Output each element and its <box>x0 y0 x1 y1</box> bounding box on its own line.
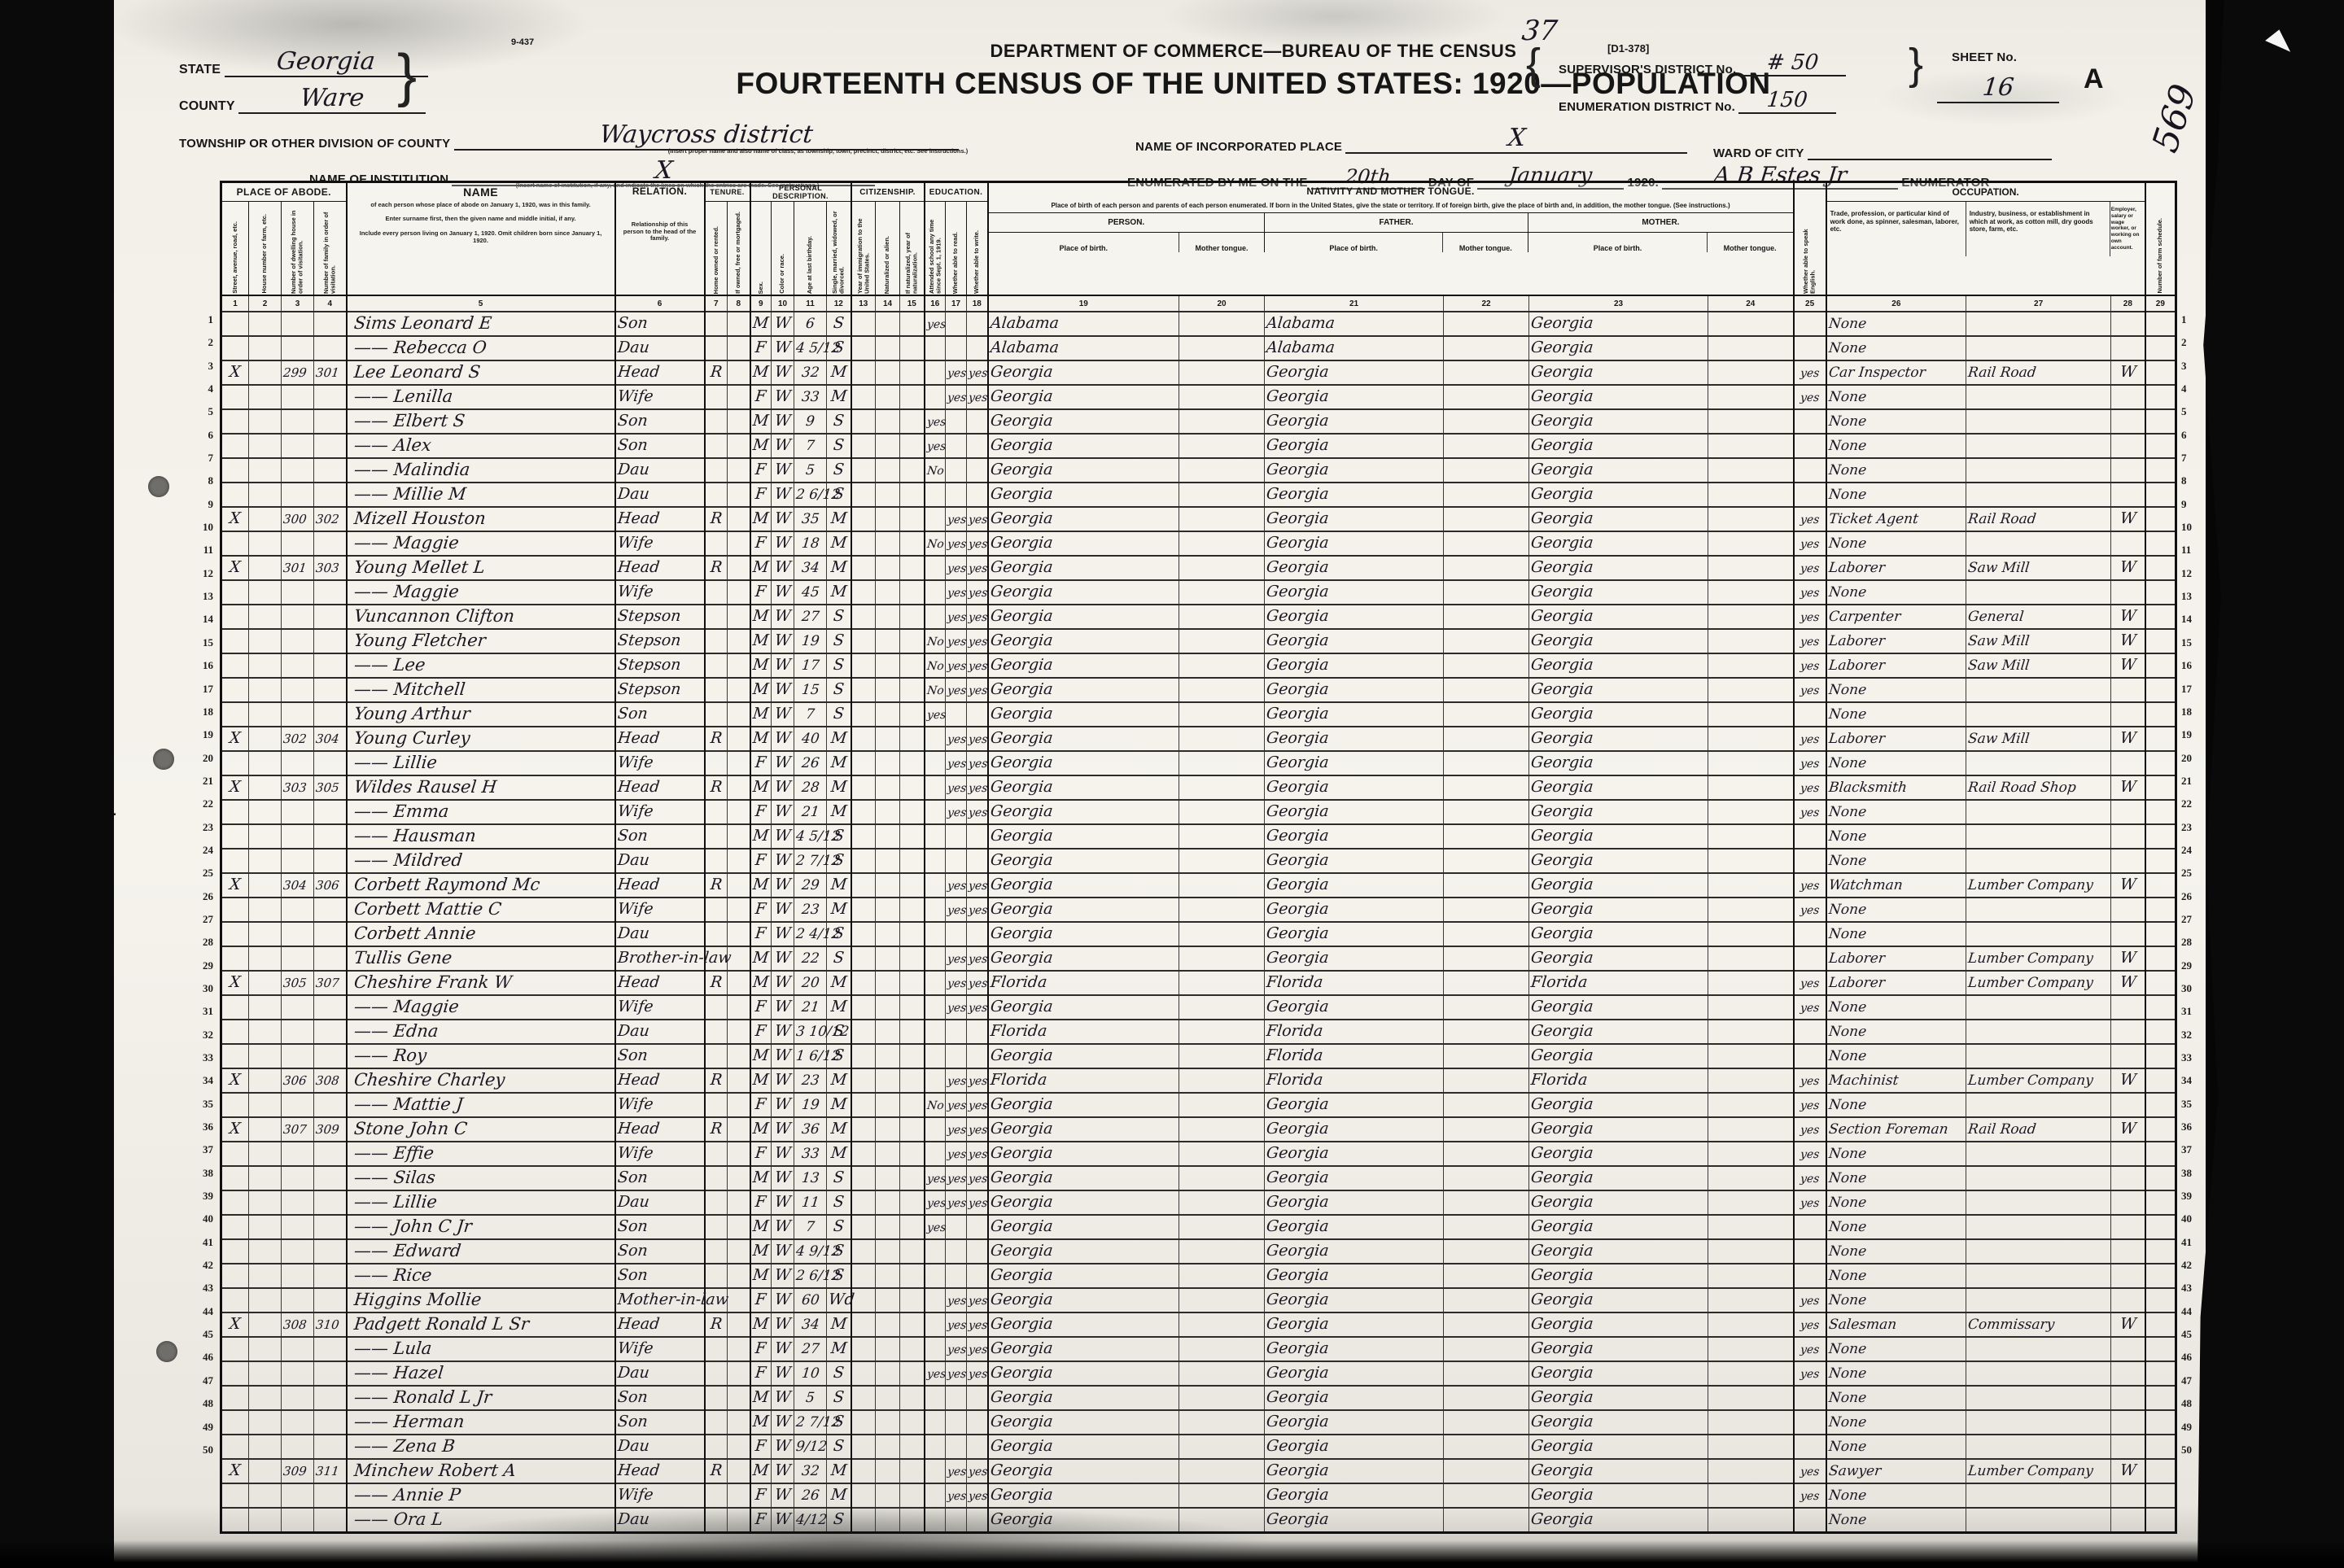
cell-sch: No <box>925 458 946 483</box>
cell-occ: None <box>1826 1386 1966 1410</box>
cell-ms: M <box>827 360 851 385</box>
cell-wr: yes <box>967 751 988 775</box>
cell-farm <box>2145 1508 2176 1533</box>
cell-dw: 300 <box>282 507 314 531</box>
cell-mtf <box>1444 1142 1529 1166</box>
cell-mtf <box>1444 653 1529 678</box>
cell-sch <box>925 775 946 800</box>
cell-own <box>728 1312 750 1337</box>
col-11-header: Age at last birthday. <box>794 202 827 296</box>
cell-c15 <box>900 1288 925 1312</box>
cell-emp: W <box>2111 605 2145 629</box>
cell-name: Corbett Raymond Mc <box>347 873 615 898</box>
cell-pbm: Georgia <box>1529 1459 1708 1483</box>
cell-fam <box>314 1386 347 1410</box>
cell-mtf <box>1444 775 1529 800</box>
cell-fam <box>314 824 347 849</box>
cell-c13 <box>851 336 876 360</box>
cell-c15 <box>900 1142 925 1166</box>
cell-rel: Head <box>615 873 705 898</box>
paper-sheet: STATE Georgia COUNTY Ware } 9-437 DEPART… <box>114 0 2206 1568</box>
cell-pb: Georgia <box>988 898 1179 922</box>
table-row: X301303Young Mellet LHeadRMW34MyesyesGeo… <box>221 556 2176 580</box>
cell-c13 <box>851 1142 876 1166</box>
cell-mtm <box>1708 1337 1794 1361</box>
cell-hn <box>249 580 282 605</box>
cell-sp: yes <box>1794 1459 1826 1483</box>
cell-sex: F <box>750 336 772 360</box>
cell-farm <box>2145 1117 2176 1142</box>
cell-pb: Georgia <box>988 1044 1179 1068</box>
cell-ind: Rail Road <box>1966 1117 2111 1142</box>
cell-x <box>221 434 249 458</box>
cell-c13 <box>851 1215 876 1239</box>
cell-sex: F <box>750 995 772 1020</box>
cell-mtf <box>1444 751 1529 775</box>
cell-mtm <box>1708 531 1794 556</box>
cell-mtf <box>1444 873 1529 898</box>
cell-mtm <box>1708 849 1794 873</box>
cell-hn <box>249 1190 282 1215</box>
cell-pbm: Georgia <box>1529 727 1708 751</box>
cell-hn <box>249 1410 282 1435</box>
cell-sp: yes <box>1794 1361 1826 1386</box>
cell-ms: S <box>827 1386 851 1410</box>
cell-hn <box>249 946 282 971</box>
cell-pbf: Georgia <box>1265 1483 1444 1508</box>
row-number: 15 <box>186 636 213 659</box>
cell-x <box>221 1093 249 1117</box>
row-number: 24 <box>2181 844 2209 867</box>
cell-col: W <box>772 1166 794 1190</box>
cell-rd: yes <box>946 995 967 1020</box>
cell-rd: yes <box>946 971 967 995</box>
cell-rel: Head <box>615 1068 705 1093</box>
cell-pb: Georgia <box>988 653 1179 678</box>
cell-col: W <box>772 1459 794 1483</box>
cell-pbf: Georgia <box>1265 1117 1444 1142</box>
cell-rd: yes <box>946 605 967 629</box>
cell-mtm <box>1708 1166 1794 1190</box>
group-relation: RELATION. Relationship of this person to… <box>615 182 705 296</box>
column-number: 22 <box>1444 295 1529 312</box>
cell-x <box>221 922 249 946</box>
cell-farm <box>2145 1483 2176 1508</box>
cell-x <box>221 995 249 1020</box>
cell-ind <box>1966 1483 2111 1508</box>
cell-pbf: Georgia <box>1265 360 1444 385</box>
cell-wr <box>967 702 988 727</box>
cell-c14 <box>876 556 900 580</box>
cell-farm <box>2145 775 2176 800</box>
cell-dw <box>282 1044 314 1068</box>
cell-c15 <box>900 751 925 775</box>
row-number: 41 <box>186 1236 213 1259</box>
cell-x: X <box>221 1117 249 1142</box>
table-row: Tullis GeneBrother-in-lawMW22SyesyesGeor… <box>221 946 2176 971</box>
cell-ind: Saw Mill <box>1966 629 2111 653</box>
cell-sp: yes <box>1794 1142 1826 1166</box>
cell-farm <box>2145 1215 2176 1239</box>
cell-mtm <box>1708 1435 1794 1459</box>
cell-c13 <box>851 898 876 922</box>
cell-name: —— Edward <box>347 1239 615 1264</box>
cell-ten: R <box>705 556 728 580</box>
cell-mtm <box>1708 1190 1794 1215</box>
table-row: —— RoySonMW1 6/12SGeorgiaFloridaGeorgiaN… <box>221 1044 2176 1068</box>
cell-ten <box>705 849 728 873</box>
row-number: 31 <box>2181 1005 2209 1028</box>
cell-sch <box>925 1459 946 1483</box>
cell-fam <box>314 751 347 775</box>
cell-c13 <box>851 385 876 409</box>
cell-farm <box>2145 483 2176 507</box>
cell-pbf: Georgia <box>1265 409 1444 434</box>
cell-ind: Lumber Company <box>1966 873 2111 898</box>
cell-fam <box>314 1264 347 1288</box>
cell-pb: Georgia <box>988 1142 1179 1166</box>
cell-wr: yes <box>967 507 988 531</box>
cell-rd: yes <box>946 898 967 922</box>
cell-occ: None <box>1826 751 1966 775</box>
cell-emp: W <box>2111 556 2145 580</box>
cell-rd: yes <box>946 629 967 653</box>
cell-mtm <box>1708 1361 1794 1386</box>
table-row: —— Annie PWifeFW26MyesyesGeorgiaGeorgiaG… <box>221 1483 2176 1508</box>
row-number: 37 <box>186 1143 213 1166</box>
row-number: 4 <box>186 382 213 405</box>
cell-mtm <box>1708 751 1794 775</box>
cell-rd: yes <box>946 1068 967 1093</box>
cell-own <box>728 385 750 409</box>
cell-pbm: Georgia <box>1529 483 1708 507</box>
cell-col: W <box>772 727 794 751</box>
cell-rel: Son <box>615 1410 705 1435</box>
cell-ten <box>705 1190 728 1215</box>
cell-occ: None <box>1826 1435 1966 1459</box>
cell-col: W <box>772 873 794 898</box>
cell-mtf <box>1444 1166 1529 1190</box>
cell-mtm <box>1708 580 1794 605</box>
cell-sp: yes <box>1794 873 1826 898</box>
cell-c14 <box>876 1459 900 1483</box>
cell-name: Sims Leonard E <box>347 312 615 336</box>
cell-ten <box>705 629 728 653</box>
cell-mt <box>1179 556 1265 580</box>
cell-sp <box>1794 434 1826 458</box>
cell-sch <box>925 873 946 898</box>
cell-occ: Salesman <box>1826 1312 1966 1337</box>
cell-c13 <box>851 1508 876 1533</box>
cell-rd: yes <box>946 556 967 580</box>
ward-label: WARD OF CITY <box>1713 146 1804 160</box>
cell-fam <box>314 580 347 605</box>
cell-mt <box>1179 1166 1265 1190</box>
cell-x <box>221 1166 249 1190</box>
cell-col: W <box>772 971 794 995</box>
cell-fam <box>314 1142 347 1166</box>
punch-hole <box>153 749 174 770</box>
cell-rel: Wife <box>615 1337 705 1361</box>
cell-c13 <box>851 483 876 507</box>
cell-age: 6 <box>794 312 827 336</box>
cell-dw: 303 <box>282 775 314 800</box>
cell-age: 19 <box>794 1093 827 1117</box>
cell-age: 11 <box>794 1190 827 1215</box>
cell-rel: Son <box>615 434 705 458</box>
cell-pb: Georgia <box>988 458 1179 483</box>
cell-own <box>728 434 750 458</box>
cell-pbm: Georgia <box>1529 751 1708 775</box>
column-number: 7 <box>705 295 728 312</box>
col-28-header: Employer, salary or wage worker, or work… <box>2110 202 2145 256</box>
cell-fam <box>314 1435 347 1459</box>
cell-sex: F <box>750 458 772 483</box>
cell-c14 <box>876 483 900 507</box>
cell-rel: Head <box>615 1459 705 1483</box>
cell-c13 <box>851 775 876 800</box>
cell-sp: yes <box>1794 898 1826 922</box>
cell-dw <box>282 1337 314 1361</box>
cell-c13 <box>851 1190 876 1215</box>
cell-pbm: Georgia <box>1529 1410 1708 1435</box>
cell-occ: Sawyer <box>1826 1459 1966 1483</box>
cell-rd: yes <box>946 580 967 605</box>
scan-border-bottom <box>0 1540 2344 1568</box>
cell-sch <box>925 1239 946 1264</box>
cell-pbf: Georgia <box>1265 1435 1444 1459</box>
cell-pb: Georgia <box>988 946 1179 971</box>
cell-pbm: Georgia <box>1529 1288 1708 1312</box>
cell-own <box>728 1166 750 1190</box>
cell-c14 <box>876 849 900 873</box>
row-number: 2 <box>186 336 213 359</box>
cell-rd <box>946 702 967 727</box>
cell-x <box>221 1020 249 1044</box>
cell-pbm: Georgia <box>1529 360 1708 385</box>
cell-c14 <box>876 1142 900 1166</box>
cell-pbm: Georgia <box>1529 336 1708 360</box>
cell-occ: None <box>1826 1361 1966 1386</box>
cell-pbf: Georgia <box>1265 873 1444 898</box>
cell-dw <box>282 312 314 336</box>
cell-sex: M <box>750 434 772 458</box>
cell-occ: None <box>1826 336 1966 360</box>
cell-c14 <box>876 1361 900 1386</box>
row-number: 35 <box>2181 1098 2209 1120</box>
cell-ms: S <box>827 605 851 629</box>
cell-wr: yes <box>967 1190 988 1215</box>
cell-mtf <box>1444 360 1529 385</box>
cell-c14 <box>876 824 900 849</box>
cell-occ: None <box>1826 702 1966 727</box>
cell-hn <box>249 1239 282 1264</box>
cell-occ: Laborer <box>1826 946 1966 971</box>
cell-age: 9 <box>794 409 827 434</box>
cell-rd: yes <box>946 1459 967 1483</box>
col-14-header: Naturalized or alien. <box>876 202 900 296</box>
row-numbers-left: 1234567891011121314151617181920212223242… <box>186 313 213 1466</box>
cell-rd: yes <box>946 1190 967 1215</box>
cell-mtf <box>1444 824 1529 849</box>
cell-sch <box>925 1142 946 1166</box>
col-27-header: Industry, business, or establishment in … <box>1966 202 2110 256</box>
cell-c14 <box>876 409 900 434</box>
cell-c13 <box>851 727 876 751</box>
cell-age: 23 <box>794 1068 827 1093</box>
cell-pb: Georgia <box>988 1239 1179 1264</box>
cell-hn <box>249 531 282 556</box>
row-number: 28 <box>2181 936 2209 959</box>
cell-fam <box>314 678 347 702</box>
cell-c13 <box>851 531 876 556</box>
township-label: TOWNSHIP OR OTHER DIVISION OF COUNTY <box>179 137 450 151</box>
table-row: Corbett AnnieDauFW2 4/12SGeorgiaGeorgiaG… <box>221 922 2176 946</box>
cell-rel: Mother-in-law <box>615 1288 705 1312</box>
cell-mtm <box>1708 1142 1794 1166</box>
cell-sp: yes <box>1794 605 1826 629</box>
cell-mtf <box>1444 1068 1529 1093</box>
cell-age: 21 <box>794 800 827 824</box>
cell-farm <box>2145 434 2176 458</box>
cell-mtm <box>1708 1410 1794 1435</box>
cell-c15 <box>900 702 925 727</box>
cell-rd <box>946 1435 967 1459</box>
cell-mtm <box>1708 946 1794 971</box>
column-number: 20 <box>1179 295 1265 312</box>
cell-mtf <box>1444 995 1529 1020</box>
cell-fam <box>314 1044 347 1068</box>
cell-mtm <box>1708 1215 1794 1239</box>
cell-wr <box>967 1386 988 1410</box>
cell-wr <box>967 1044 988 1068</box>
row-number: 42 <box>186 1259 213 1282</box>
cell-mtm <box>1708 702 1794 727</box>
cell-wr: yes <box>967 1459 988 1483</box>
cell-fam <box>314 995 347 1020</box>
cell-sch <box>925 824 946 849</box>
cell-ten <box>705 898 728 922</box>
cell-c15 <box>900 507 925 531</box>
cell-mtm <box>1708 873 1794 898</box>
cell-ms: S <box>827 458 851 483</box>
cell-pbf: Georgia <box>1265 653 1444 678</box>
cell-rel: Wife <box>615 531 705 556</box>
cell-farm <box>2145 995 2176 1020</box>
column-number: 15 <box>900 295 925 312</box>
cell-name: —— Maggie <box>347 531 615 556</box>
cell-hn <box>249 775 282 800</box>
cell-emp <box>2111 898 2145 922</box>
cell-mt <box>1179 1239 1265 1264</box>
cell-rel: Head <box>615 360 705 385</box>
cell-pbf: Georgia <box>1265 678 1444 702</box>
cell-c15 <box>900 385 925 409</box>
cell-own <box>728 605 750 629</box>
cell-pb: Georgia <box>988 434 1179 458</box>
cell-occ: None <box>1826 1215 1966 1239</box>
table-row: Young ArthurSonMW7SyesGeorgiaGeorgiaGeor… <box>221 702 2176 727</box>
cell-pb: Georgia <box>988 1386 1179 1410</box>
cell-occ: None <box>1826 580 1966 605</box>
cell-pbm: Georgia <box>1529 1361 1708 1386</box>
cell-c14 <box>876 531 900 556</box>
cell-age: 7 <box>794 702 827 727</box>
row-number: 18 <box>186 705 213 728</box>
cell-c13 <box>851 824 876 849</box>
column-number: 2 <box>249 295 282 312</box>
cell-c13 <box>851 605 876 629</box>
cell-fam <box>314 434 347 458</box>
cell-ind <box>1966 849 2111 873</box>
cell-occ: None <box>1826 1044 1966 1068</box>
cell-fam <box>314 1410 347 1435</box>
cell-emp: W <box>2111 360 2145 385</box>
col-3-header: Number of dwelling house in order of vis… <box>282 202 314 296</box>
cell-own <box>728 824 750 849</box>
cell-name: —— Ronald L Jr <box>347 1386 615 1410</box>
ward-value <box>1808 145 2052 160</box>
cell-mt <box>1179 1142 1265 1166</box>
cell-ms: M <box>827 507 851 531</box>
cell-pbm: Georgia <box>1529 995 1708 1020</box>
cell-c14 <box>876 946 900 971</box>
cell-rd <box>946 922 967 946</box>
cell-mt <box>1179 727 1265 751</box>
cell-emp <box>2111 336 2145 360</box>
cell-pbm: Georgia <box>1529 1215 1708 1239</box>
cell-fam: 310 <box>314 1312 347 1337</box>
cell-mtm <box>1708 1508 1794 1533</box>
cell-ten: R <box>705 1068 728 1093</box>
cell-rel: Wife <box>615 751 705 775</box>
cell-dw: 306 <box>282 1068 314 1093</box>
cell-c13 <box>851 653 876 678</box>
cell-pbm: Florida <box>1529 1068 1708 1093</box>
cell-x <box>221 409 249 434</box>
cell-pb: Georgia <box>988 824 1179 849</box>
cell-hn <box>249 385 282 409</box>
cell-c14 <box>876 702 900 727</box>
cell-age: 5 <box>794 458 827 483</box>
column-number: 18 <box>967 295 988 312</box>
cell-c14 <box>876 873 900 898</box>
cell-mt <box>1179 1068 1265 1093</box>
cell-mtf <box>1444 1459 1529 1483</box>
cell-sex: M <box>750 873 772 898</box>
cell-age: 26 <box>794 751 827 775</box>
cell-sp: yes <box>1794 800 1826 824</box>
cell-sch: yes <box>925 312 946 336</box>
cell-c14 <box>876 995 900 1020</box>
cell-hn <box>249 678 282 702</box>
cell-rd: yes <box>946 1337 967 1361</box>
cell-wr: yes <box>967 1166 988 1190</box>
group-tenure: TENURE. <box>705 182 750 202</box>
cell-dw <box>282 1361 314 1386</box>
table-row: —— EffieWifeFW33MyesyesGeorgiaGeorgiaGeo… <box>221 1142 2176 1166</box>
row-number: 1 <box>186 313 213 336</box>
cell-x: X <box>221 775 249 800</box>
cell-farm <box>2145 800 2176 824</box>
cell-sp: yes <box>1794 995 1826 1020</box>
cell-occ: None <box>1826 1337 1966 1361</box>
cell-pb: Georgia <box>988 873 1179 898</box>
cell-mt <box>1179 605 1265 629</box>
state-label: STATE <box>179 63 221 76</box>
cell-farm <box>2145 580 2176 605</box>
cell-c15 <box>900 629 925 653</box>
